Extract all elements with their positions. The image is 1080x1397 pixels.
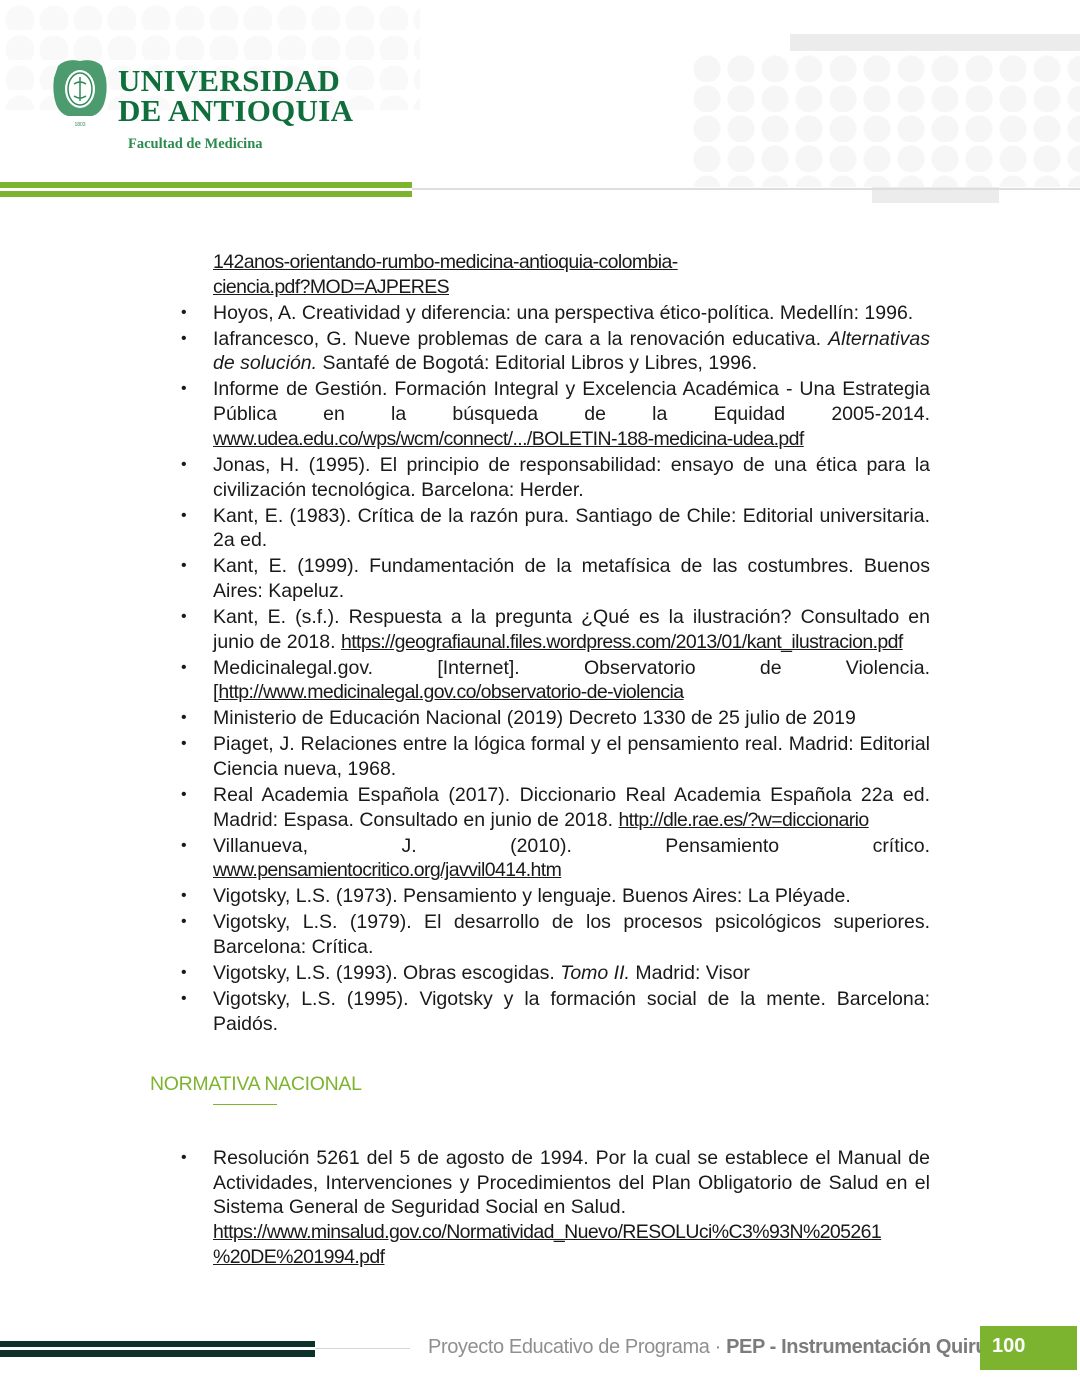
header-green-stripe xyxy=(0,182,412,188)
references-section: 142anos-orientando-rumbo-medicina-antioq… xyxy=(150,250,940,1038)
footer-divider xyxy=(315,1348,410,1349)
bullet-icon: • xyxy=(181,834,187,859)
reference-item: •Kant, E. (1999). Fundamentación de la m… xyxy=(150,554,940,603)
header-green-stripe xyxy=(0,191,412,197)
bullet-icon: • xyxy=(181,327,187,352)
reference-text: Resolución 5261 del 5 de agosto de 1994.… xyxy=(213,1147,930,1218)
reference-item: •Jonas, H. (1995). El principio de respo… xyxy=(150,453,940,502)
reference-text: Ministerio de Educación Nacional (2019) … xyxy=(213,707,856,729)
reference-link[interactable]: www.udea.edu.co/wps/wcm/connect/.../BOLE… xyxy=(213,428,804,450)
bullet-icon: • xyxy=(181,910,187,935)
reference-item: •Hoyos, A. Creatividad y diferencia: una… xyxy=(150,301,940,326)
footer-title-plain: Proyecto Educativo de Programa · xyxy=(428,1336,726,1358)
reference-text: Jonas, H. (1995). El principio de respon… xyxy=(213,454,930,501)
reference-text: Vigotsky, L.S. (1979). El desarrollo de … xyxy=(213,911,930,958)
reference-text: Madrid: Visor xyxy=(630,962,750,984)
reference-text: Vigotsky, L.S. (1973). Pensamiento y len… xyxy=(213,885,851,907)
reference-text: Kant, E. (1999). Fundamentación de la me… xyxy=(213,555,930,602)
university-logo: 1803 UNIVERSIDAD DE ANTIOQUIA xyxy=(52,58,353,128)
reference-item: •Real Academia Española (2017). Dicciona… xyxy=(150,783,940,832)
university-name-line1: UNIVERSIDAD xyxy=(118,66,353,96)
bullet-icon: • xyxy=(181,706,187,731)
reference-text: Vigotsky, L.S. (1993). Obras escogidas. xyxy=(213,962,560,984)
header-grey-bar xyxy=(790,34,1080,51)
reference-link[interactable]: www.pensamientocritico.org/javvil0414.ht… xyxy=(213,859,561,881)
bullet-icon: • xyxy=(181,605,187,630)
reference-item: •Medicinalegal.gov. [Internet]. Observat… xyxy=(150,656,940,705)
header-divider xyxy=(412,188,1080,190)
faculty-name: Facultad de Medicina xyxy=(128,136,263,153)
reference-text: Villanueva, J. (2010). Pensamiento críti… xyxy=(213,835,930,857)
reference-item: •Villanueva, J. (2010). Pensamiento crít… xyxy=(150,834,940,883)
reference-item: •Vigotsky, L.S. (1993). Obras escogidas.… xyxy=(150,961,940,986)
svg-text:1803: 1803 xyxy=(74,122,85,128)
bullet-icon: • xyxy=(181,884,187,909)
footer-dark-stripe xyxy=(0,1350,315,1357)
reference-text: Santafé de Bogotá: Editorial Libros y Li… xyxy=(317,352,757,374)
reference-text: Piaget, J. Relaciones entre la lógica fo… xyxy=(213,733,930,780)
bullet-icon: • xyxy=(181,1146,187,1171)
footer-document-title: Proyecto Educativo de Programa · PEP - I… xyxy=(428,1336,1033,1359)
reference-item: •Kant, E. (s.f.). Respuesta a la pregunt… xyxy=(150,605,940,654)
page-number: 100 xyxy=(980,1326,1077,1370)
reference-link[interactable]: %20DE%201994.pdf xyxy=(213,1246,384,1268)
university-crest-icon: 1803 xyxy=(52,58,108,128)
reference-link[interactable]: https://www.minsalud.gov.co/Normatividad… xyxy=(213,1221,881,1243)
reference-link[interactable]: 142anos-orientando-rumbo-medicina-antioq… xyxy=(213,251,678,273)
reference-italic: Tomo II. xyxy=(560,962,630,984)
bullet-icon: • xyxy=(181,301,187,326)
reference-item: •Kant, E. (1983). Crítica de la razón pu… xyxy=(150,504,940,553)
section-title-normativa: NORMATIVA NACIONAL xyxy=(150,1073,362,1096)
bullet-icon: • xyxy=(181,732,187,757)
reference-link[interactable]: https://geografiaunal.files.wordpress.co… xyxy=(341,631,903,653)
reference-item: •Vigotsky, L.S. (1979). El desarrollo de… xyxy=(150,910,940,959)
bullet-icon: • xyxy=(181,987,187,1012)
reference-link[interactable]: ciencia.pdf?MOD=AJPERES xyxy=(213,276,449,298)
reference-link[interactable]: http://dle.rae.es/?w=diccionario xyxy=(618,809,868,831)
reference-text: Vigotsky, L.S. (1995). Vigotsky y la for… xyxy=(213,988,930,1035)
normativa-list: •Resolución 5261 del 5 de agosto de 1994… xyxy=(150,1146,940,1270)
reference-text: Medicinalegal.gov. [Internet]. Observato… xyxy=(213,657,930,679)
reference-item: •Piaget, J. Relaciones entre la lógica f… xyxy=(150,732,940,781)
bullet-icon: • xyxy=(181,504,187,529)
university-name-line2: DE ANTIOQUIA xyxy=(118,96,353,126)
reference-item: 142anos-orientando-rumbo-medicina-antioq… xyxy=(150,250,940,299)
bullet-icon: • xyxy=(181,783,187,808)
reference-item: •Ministerio de Educación Nacional (2019)… xyxy=(150,706,940,731)
bullet-icon: • xyxy=(181,453,187,478)
bullet-icon: • xyxy=(181,961,187,986)
reference-item: •Vigotsky, L.S. (1995). Vigotsky y la fo… xyxy=(150,987,940,1036)
footer-dark-stripe xyxy=(0,1341,315,1347)
reference-link[interactable]: http://www.medicinalegal.gov.co/observat… xyxy=(218,681,683,703)
bullet-icon: • xyxy=(181,554,187,579)
reference-text: Hoyos, A. Creatividad y diferencia: una … xyxy=(213,302,913,324)
reference-item: •Informe de Gestión. Formación Integral … xyxy=(150,377,940,451)
reference-item: •Iafrancesco, G. Nueve problemas de cara… xyxy=(150,327,940,376)
reference-list: 142anos-orientando-rumbo-medicina-antioq… xyxy=(150,250,940,1037)
section-underline xyxy=(213,1104,277,1105)
bullet-icon: • xyxy=(181,377,187,402)
bullet-icon: • xyxy=(181,656,187,681)
reference-text: Iafrancesco, G. Nueve problemas de cara … xyxy=(213,328,828,350)
reference-item: •Resolución 5261 del 5 de agosto de 1994… xyxy=(150,1146,940,1270)
reference-text: Informe de Gestión. Formación Integral y… xyxy=(213,378,930,425)
hexagon-pattern-right xyxy=(690,52,1080,187)
reference-item: •Vigotsky, L.S. (1973). Pensamiento y le… xyxy=(150,884,940,909)
normativa-section: •Resolución 5261 del 5 de agosto de 1994… xyxy=(150,1146,940,1271)
reference-text: Kant, E. (1983). Crítica de la razón pur… xyxy=(213,505,930,552)
